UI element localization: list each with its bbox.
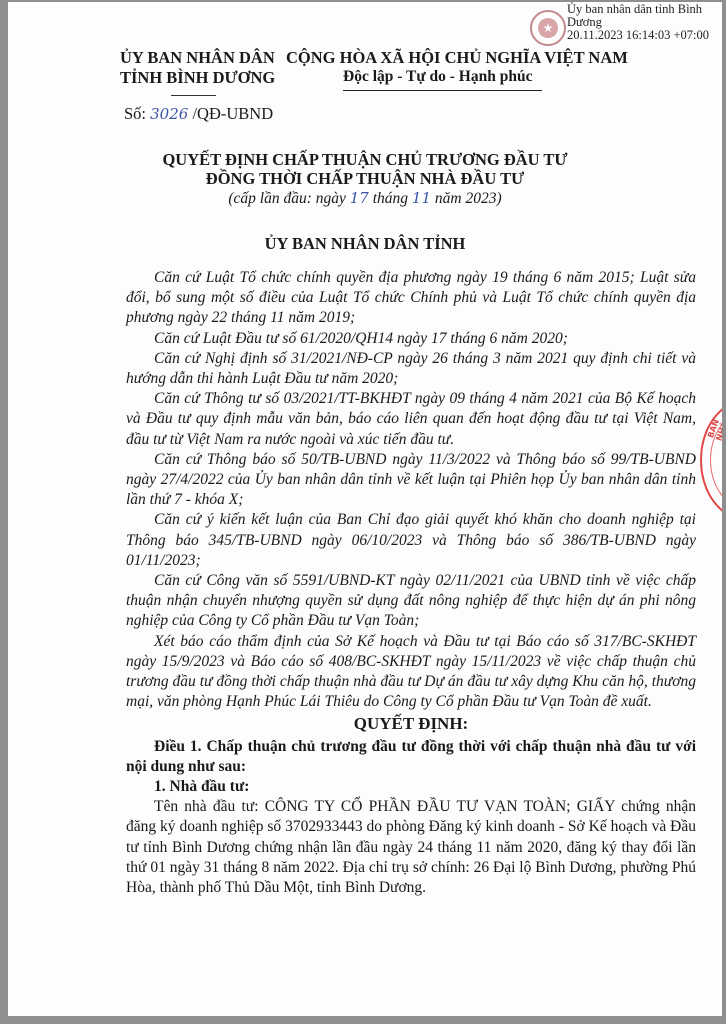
section1-heading: 1. Nhà đầu tư: — [126, 777, 696, 797]
subtitle-suffix: năm 2023) — [431, 190, 502, 207]
number-prefix: Số: — [124, 104, 150, 123]
signature-timestamp: 20.11.2023 16:14:03 +07:00 — [567, 29, 709, 42]
document-subtitle: (cấp lần đầu: ngày 17 tháng 11 năm 2023) — [8, 189, 722, 208]
document-title-line1: QUYẾT ĐỊNH CHẤP THUẬN CHỦ TRƯƠNG ĐẦU TƯ — [8, 150, 722, 170]
preamble-item: Căn cứ ý kiến kết luận của Ban Chỉ đạo g… — [126, 510, 696, 571]
motto-underline — [343, 90, 542, 91]
subtitle-mid: tháng — [369, 190, 412, 207]
preamble-item: Căn cứ Thông tư số 03/2021/TT-BKHĐT ngày… — [126, 389, 696, 450]
document-number: Số: 3026 /QĐ-UBND — [124, 104, 273, 124]
national-motto: Độc lập - Tự do - Hạnh phúc — [343, 68, 532, 86]
decision-heading: QUYẾT ĐỊNH: — [126, 714, 696, 734]
preamble-item: Căn cứ Luật Tổ chức chính quyền địa phươ… — [126, 268, 696, 329]
section1-text: Tên nhà đầu tư: CÔNG TY CỔ PHẦN ĐẦU TƯ V… — [126, 797, 696, 898]
org-underline — [171, 95, 216, 96]
document-body: Căn cứ Luật Tổ chức chính quyền địa phươ… — [126, 268, 696, 898]
nation-name: CỘNG HÒA XÃ HỘI CHỦ NGHĨA VIỆT NAM — [286, 48, 628, 68]
preamble-item: Căn cứ Thông báo số 50/TB-UBND ngày 11/3… — [126, 450, 696, 511]
handwritten-month: 11 — [412, 189, 431, 207]
article1-heading: Điều 1. Chấp thuận chủ trương đầu tư đồn… — [126, 737, 696, 777]
issuing-org-line2: TỈNH BÌNH DƯƠNG — [120, 68, 275, 88]
document-page: ỦY BAN NHÂN DÂN TỈNH BÌNH DƯƠNG Số: 3026… — [8, 2, 722, 1016]
digital-signature: Ủy ban nhân dân tỉnh Bình Dương 20.11.20… — [567, 3, 709, 42]
handwritten-number: 3026 — [150, 105, 188, 123]
preamble-item: Căn cứ Nghị định số 31/2021/NĐ-CP ngày 2… — [126, 349, 696, 389]
preamble-item: Căn cứ Luật Đầu tư số 61/2020/QH14 ngày … — [126, 329, 696, 349]
issuing-org-line1: ỦY BAN NHÂN DÂN — [120, 48, 275, 68]
issuing-authority: ỦY BAN NHÂN DÂN TỈNH — [8, 234, 722, 254]
national-emblem-icon: ★ — [530, 10, 566, 46]
handwritten-day: 17 — [350, 189, 369, 207]
preamble-item: Xét báo cáo thẩm định của Sở Kế hoạch và… — [126, 632, 696, 713]
document-title-line2: ĐỒNG THỜI CHẤP THUẬN NHÀ ĐẦU TƯ — [8, 169, 722, 189]
number-suffix: /QĐ-UBND — [188, 104, 273, 123]
subtitle-prefix: (cấp lần đầu: ngày — [228, 190, 349, 207]
preamble-item: Căn cứ Công văn số 5591/UBND-KT ngày 02/… — [126, 571, 696, 632]
